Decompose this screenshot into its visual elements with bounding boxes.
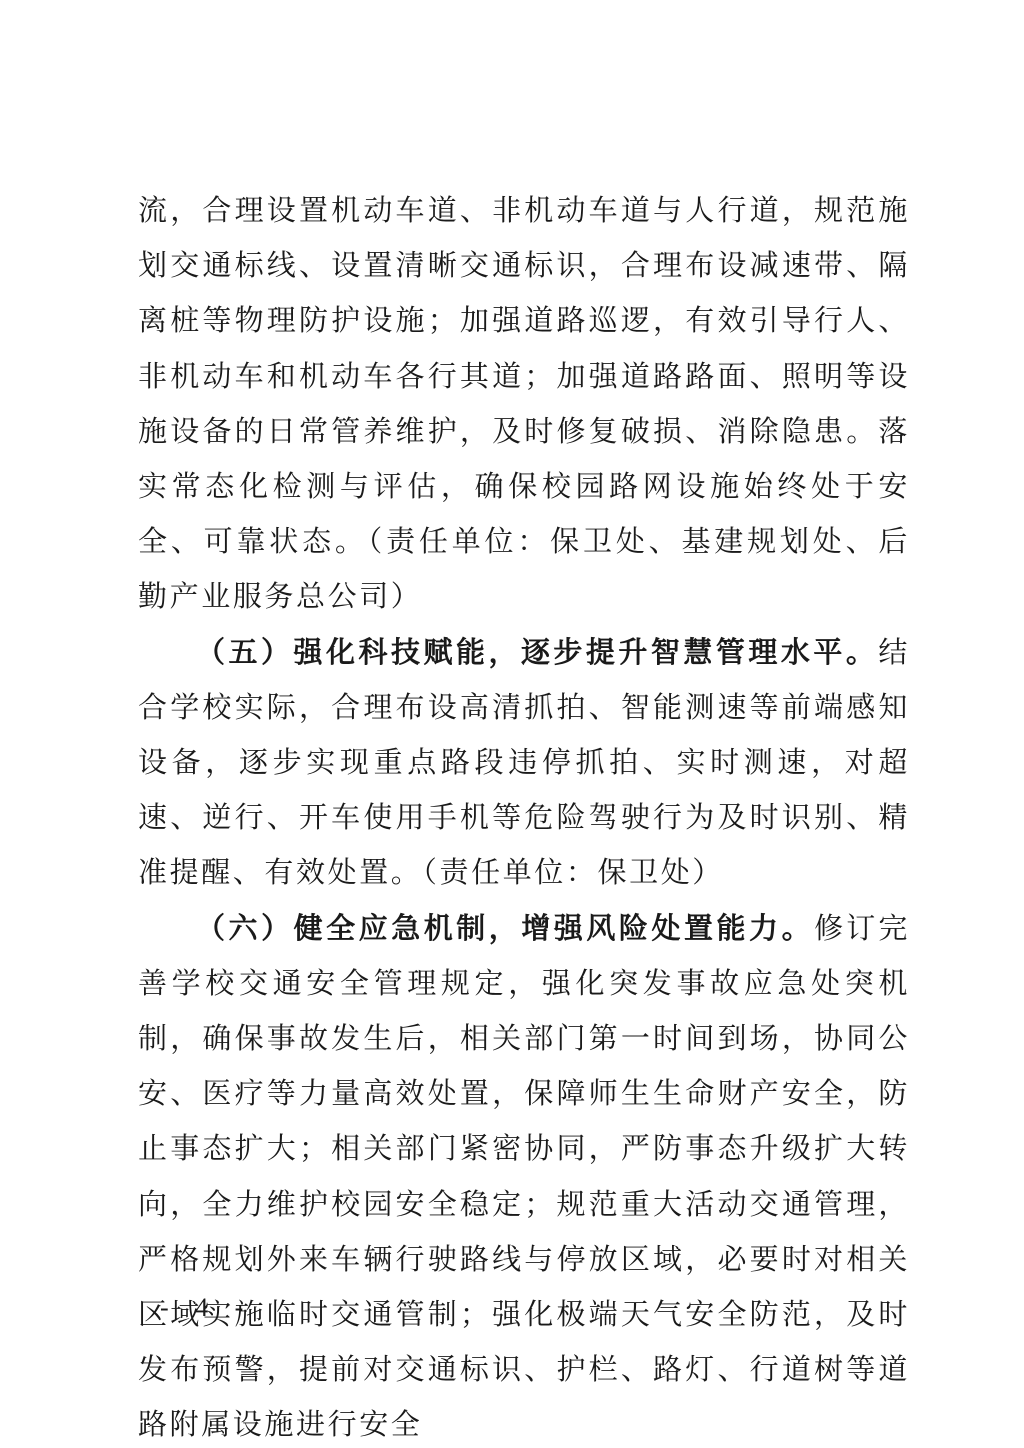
paragraph-tech-empowerment: （五）强化科技赋能，逐步提升智慧管理水平。结合学校实际，合理布设高清抓拍、智能测… xyxy=(138,625,910,901)
document-page: 流，合理设置机动车道、非机动车道与人行道，规范施划交通标线、设置清晰交通标识，合… xyxy=(138,183,910,1448)
paragraph-body: 流，合理设置机动车道、非机动车道与人行道，规范施划交通标线、设置清晰交通标识，合… xyxy=(138,193,910,613)
paragraph-road-facilities: 流，合理设置机动车道、非机动车道与人行道，规范施划交通标线、设置清晰交通标识，合… xyxy=(138,183,910,625)
paragraph-body: 修订完善学校交通安全管理规定，强化突发事故应急处突机制，确保事故发生后，相关部门… xyxy=(138,911,910,1442)
page-number: - 4 - xyxy=(160,1293,253,1323)
paragraph-emergency-mechanism: （六）健全应急机制，增强风险处置能力。修订完善学校交通安全管理规定，强化突发事故… xyxy=(138,901,910,1448)
section-heading-5: （五）强化科技赋能，逐步提升智慧管理水平。 xyxy=(196,635,878,669)
section-heading-6: （六）健全应急机制，增强风险处置能力。 xyxy=(196,911,814,945)
paragraph-body: 结合学校实际，合理布设高清抓拍、智能测速等前端感知设备，逐步实现重点路段违停抓拍… xyxy=(138,635,910,890)
